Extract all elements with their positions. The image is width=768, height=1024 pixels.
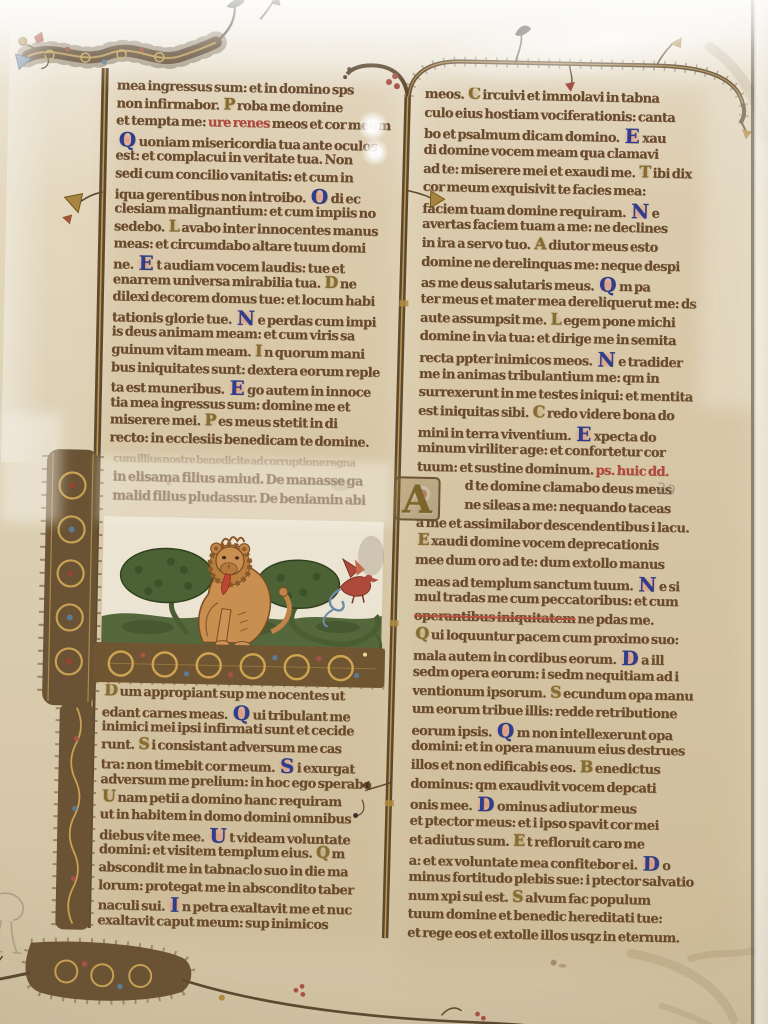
blue-illuminated-initial: Q <box>494 723 517 737</box>
gold-illuminated-initial: P <box>221 98 237 110</box>
gold-illuminated-initial: S <box>548 686 563 698</box>
left-border-ornate-band <box>37 449 99 930</box>
manuscript-photo: mea ingressus sum: et in domino spsnon i… <box>0 0 768 1024</box>
gold-illuminated-initial: Q <box>314 847 332 859</box>
gold-illuminated-initial: Q <box>413 627 431 639</box>
gold-illuminated-initial: B <box>578 761 595 773</box>
blue-illuminated-initial: I <box>167 898 182 912</box>
miniature-lion-scene <box>92 516 387 688</box>
manuscript-leaf: mea ingressus sum: et in domino spsnon i… <box>0 0 768 1024</box>
page-edge-backing <box>754 0 768 1024</box>
blue-illuminated-initial: Q <box>596 278 619 292</box>
blue-illuminated-initial: D <box>474 797 497 811</box>
blue-illuminated-initial: N <box>635 577 659 591</box>
gold-illuminated-initial: C <box>531 406 547 418</box>
gold-illuminated-initial: T <box>637 166 653 178</box>
blue-illuminated-initial: D <box>618 651 641 665</box>
gold-illuminated-initial: U <box>100 790 118 802</box>
gold-illuminated-initial: L <box>548 313 563 325</box>
blue-illuminated-initial: D <box>639 857 662 871</box>
text-column-right: meos. Circuivi et immolavi in tabnaculo … <box>407 87 759 951</box>
blue-illuminated-initial: O <box>308 189 331 203</box>
blue-illuminated-initial: U <box>206 828 229 842</box>
blue-illuminated-initial: Q <box>230 705 253 719</box>
vine-scroll-band <box>92 642 385 688</box>
text-column-left-upper: mea ingressus sum: et in domino spsnon i… <box>109 78 397 453</box>
blue-illuminated-initial: E <box>135 256 156 270</box>
ivy-leaf-icon <box>227 0 245 8</box>
gold-illuminated-initial: E <box>511 834 527 846</box>
uncolored-grotesque-sketch <box>0 893 23 954</box>
bottom-left-corner-ornament <box>0 940 557 1024</box>
blue-illuminated-initial: N <box>234 311 258 325</box>
rubric-red-text: ure renes <box>208 115 270 131</box>
gold-illuminated-initial: L <box>167 220 182 232</box>
page-edge-shadow <box>751 0 754 1024</box>
gold-illuminated-initial: D <box>322 276 340 288</box>
gold-illuminated-initial: C <box>466 88 482 100</box>
gold-illuminated-initial: S <box>136 738 151 750</box>
faded-text: cum illius nostre benedicite ad corrupti… <box>113 452 355 469</box>
gold-illuminated-initial: I <box>253 345 264 357</box>
blue-illuminated-initial: E <box>621 129 642 143</box>
gold-trumpet-flower-icon <box>64 193 82 212</box>
large-gold-initial-A: A <box>394 476 441 521</box>
gold-illuminated-initial: E <box>415 534 431 546</box>
rubric-red-text: ps. huic dd. <box>595 463 669 480</box>
gold-illuminated-initial: A <box>532 238 548 250</box>
blue-illuminated-initial: E <box>573 426 594 440</box>
text-column-left-lower: Dum appropiant sup me nocentes utedant c… <box>97 684 384 936</box>
text-column-left-middle: cum illius nostre benedicite ad corrupti… <box>112 450 389 513</box>
red-struck-text: operantibus iniquitatem <box>414 609 576 627</box>
gold-illuminated-initial: S <box>510 890 525 902</box>
blue-illuminated-initial: N <box>628 204 652 218</box>
blue-illuminated-initial: S <box>277 759 297 773</box>
blue-illuminated-initial: Q <box>116 132 139 146</box>
blue-illuminated-initial: E <box>226 381 247 395</box>
gold-illuminated-initial: D <box>102 684 120 696</box>
blue-illuminated-initial: N <box>594 352 618 366</box>
gold-illuminated-initial: P <box>202 414 218 426</box>
